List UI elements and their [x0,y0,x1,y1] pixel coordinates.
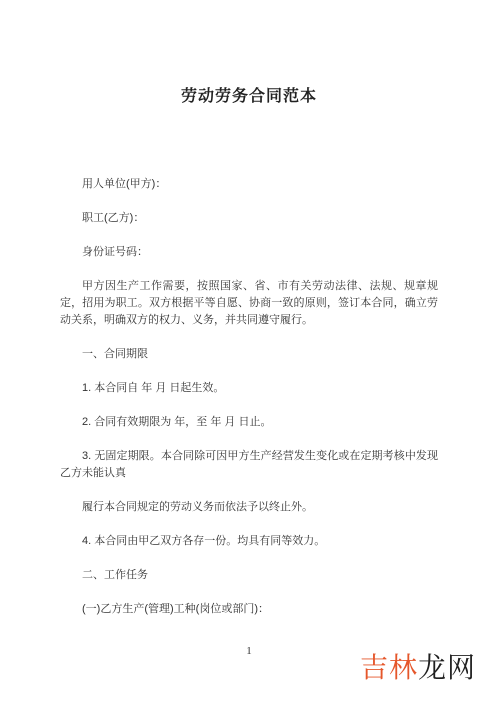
site-logo-watermark-dark: 龙网 [418,652,476,683]
clause-2-1: (一)乙方生产(管理)工种(岗位或部门)： [60,601,438,618]
clause-1-3-continuation: 履行本合同规定的劳动义务而依法予以终止外。 [60,499,438,516]
document-content: 劳动劳务合同范本 用人单位(甲方)： 职工(乙方)： 身份证号码： 甲方因生产工… [0,0,500,659]
field-id-number: 身份证号码： [60,244,438,261]
clause-1-3: 3. 无固定期限。本合同除可因甲方生产经营发生变化或在定期考核中发现乙方未能认真 [60,448,438,482]
site-logo-watermark: 吉林龙网 [360,652,476,684]
document-page: 劳动劳务合同范本 用人单位(甲方)： 职工(乙方)： 身份证号码： 甲方因生产工… [0,0,500,707]
field-employer: 用人单位(甲方)： [60,176,438,193]
document-title: 劳动劳务合同范本 [60,0,438,107]
section-2-heading: 二、工作任务 [60,567,438,584]
clause-1-1: 1. 本合同自 年 月 日起生效。 [60,380,438,397]
intro-paragraph: 甲方因生产工作需要，按照国家、省、市有关劳动法律、法规、规章规定，招用为职工。双… [60,278,438,329]
clause-1-4: 4. 本合同由甲乙双方各存一份。均具有同等效力。 [60,533,438,550]
site-logo-watermark-accent: 吉林 [360,652,418,683]
section-1-heading: 一、合同期限 [60,346,438,363]
clause-1-2: 2. 合同有效期限为 年，至 年 月 日止。 [60,414,438,431]
field-employee: 职工(乙方)： [60,210,438,227]
